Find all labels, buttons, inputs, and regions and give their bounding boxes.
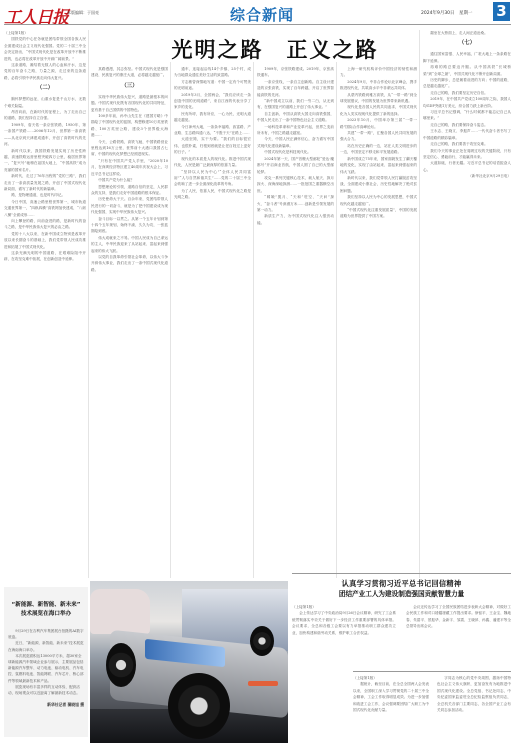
- article-paragraph: 今天，中国人民正满怀信心，奋力谱写中国式现代化建设新篇章。: [257, 136, 334, 149]
- story3-paragraph: 字同志为核心的党中央周围，激扬中国特色社会主义伟大旗帜，更加奋发有为地推进中国式…: [437, 675, 511, 713]
- article-paragraph: 我们今天的事业正处在爬坡过坎的关键阶段，只有坚定信心、勇毅前行，才能赢得未来。: [423, 148, 511, 161]
- issue-date: 2024年9月30日 星期一: [421, 10, 473, 16]
- section-title: 综合新闻: [230, 4, 294, 25]
- car-chassis-photo: [90, 581, 288, 743]
- article-paragraph: 2023年10月，中国举办第三届“一带一路”国际合作高峰论坛。: [340, 117, 417, 130]
- sidebox-title-line1: “新能源、新智能、新未来”: [8, 601, 84, 610]
- article-paragraph: 国铁党的中心任务就是团结带领全国各族人民全面建成社会主义现代化强国。党的二十届三…: [4, 36, 86, 62]
- article-paragraph: 大道如砥，行者无疆。习近平总书记的话语振奋人心。: [423, 160, 511, 173]
- masthead: 工人日报 本版编辑：于国亮 综合新闻 2024年9月30日 星期一 3: [0, 0, 515, 26]
- article-paragraph: 新中国成立75年来，国家面貌发生了翻天覆地的变化，实现了由站起来、富起来到强起来…: [340, 156, 417, 175]
- article-column-3: 通车，连接起沿线14个乡镇、25个村，成为当地群众通往美好生活的致富路。方志敏曾…: [174, 66, 251, 578]
- article-paragraph: 历史的脚步，总是朝着前进的方向；中国的道路，总是越走越宽广。: [423, 77, 511, 90]
- article-paragraph: 今天，公路铁路，高铁飞驰，中国铁路营业里程达到16万公里，世界前十大港口我国占七…: [91, 139, 168, 158]
- article-paragraph: 其路漫漫，其志弥坚。中国式现代化是强国建设、民族复兴的康庄大道，必将越走越宽广。: [91, 66, 168, 79]
- article-paragraph: 再难的路总要迈开腿。从中国高铁“长城桥梁”到“全球之最”，中国式现代化不断开创新…: [423, 64, 511, 77]
- article-paragraph: 上海一研究机构评价中国经济的韧性和潜力。: [340, 66, 417, 79]
- article-column-5: 上海一研究机构评价中国经济的韧性和潜力。2024年9月，中非合作论坛北京峰会，携…: [340, 66, 417, 578]
- article-paragraph: 习近平总书记强调，“什么时候都不能忘记自己从哪里来。”: [423, 109, 511, 122]
- sidebox-paragraph: 近日，“新能源、新智能、新未来”技术展览在海南海口举办。: [8, 640, 84, 652]
- article-paragraph: 新时代以来，我国铁路发展实现了历史性跨越，高速铁路运营里程突破四万公里，稳居世界…: [4, 148, 86, 174]
- column-divider: [253, 62, 254, 578]
- article-paragraph: 攻克一系列关键核心技术，载人航天、探月探火、深海深地探测……一批批国之重器横空出…: [257, 175, 334, 194]
- article-paragraph: 自主创新，中国从高铁大国走向高铁强国，中国人民走出了一条中国特色社会主义道路。: [257, 111, 334, 124]
- story-divider: [353, 671, 511, 672]
- tire-far: [250, 626, 274, 656]
- article-paragraph: 一条京张线，一条自主创新路。自主设计建造的京张高铁，实现了百年跨越，开启了世界智…: [257, 79, 334, 98]
- tire-rear: [106, 643, 136, 687]
- story2-headline-line2: 团结产业工人为建设制造强国贡献智慧力量: [292, 589, 511, 599]
- article-paragraph: 通往国家富强、人民幸福，广袤大地上一条条路在脚下延伸。: [423, 51, 511, 64]
- column-divider: [170, 62, 171, 578]
- article-paragraph: 民有所呼，我有所应，一心为民，光明大道越走越宽。: [174, 111, 251, 124]
- story2-headline: 认真学习贯彻习近平总书记回信精神 团结产业工人为建设制造强国贡献智慧力量: [292, 578, 511, 599]
- article-paragraph: 王永志、王晓又、李振声……一代代奋斗者书写了中国道路的精彩篇章。: [423, 128, 511, 141]
- section-heading: （二）: [4, 84, 86, 93]
- editor-credit: 本版编辑：于国亮: [67, 10, 99, 16]
- story2-column-2: 会议还传达学习了全国民族团结进步表彰大会精神，对做好工会民族工作和对口援疆援藏工…: [406, 604, 511, 668]
- article-paragraph: 向上攀登的路，向前奋进的路，是新时代的奋斗之路，是中华民族伟大复兴的必由之路。: [4, 218, 86, 231]
- article-column-1: （上接第1版）国铁党的中心任务就是团结带领全国各族人民全面建成社会主义现代化强国…: [4, 30, 86, 578]
- article-paragraph: 通车，连接起沿线14个乡镇、25个村，成为当地群众通往美好生活的致富路。: [174, 66, 251, 79]
- article-paragraph: 奋斗目标一以贯之。从第一个五年计划到第十四个五年规划，始终不渝，久久为功，一张蓝…: [91, 216, 168, 235]
- article-paragraph: 我们坚持以人民为中心的发展思想，中国式现代化越走越宽广。: [340, 194, 417, 207]
- story3-column-1: （上接第1版） 据统计，截至目前，在全总全国两人会发表以来，全国职工深入学习贯彻…: [353, 675, 429, 745]
- article-paragraph: 现代化的本质是人的现代化。推进中国式现代化，人民是最广泛最深厚的依靠力量。: [174, 156, 251, 169]
- article-paragraph: 100多年前，孙中山先生在《建国方略》中描绘了中国现代化的蓝图，构想修建10万英…: [91, 113, 168, 139]
- article-paragraph: 这条充满光明的中国道路，在艰难险阻中开辟，在攻坚克难中拓展，在创新创造中延伸。: [4, 250, 86, 263]
- sidebox-paragraph: 本次展览面积达13000平方米，超30家全球新能源汽车领域企业参与展示，主要展品…: [8, 653, 84, 684]
- photo-credit: 新华社记者 蒲晓旭 摄: [8, 702, 84, 708]
- article-paragraph: 2019年3月，全国两会，“我们应该走一条创造中国的光明道路”，来自江西的代表分…: [174, 92, 251, 111]
- article-paragraph: 胸怀梦想的远征，山重水复是千山万水，无数个难关险隘。: [4, 96, 86, 109]
- dateline: （新华社北京9月29日电）: [423, 173, 511, 179]
- main-headline: 光明之路 正义之路: [150, 34, 400, 64]
- article-column-6: 端坐在大势面上，走人间正道沧桑。（七）通往国家富强、人民幸福，广袤大地上一条条路…: [423, 30, 511, 578]
- article-paragraph: 共建“一带一路”，汇聚各国人民共同发展的强大合力。: [340, 130, 417, 143]
- article-paragraph: 昂首向前，在新时代的征程上，为了走出自己的道路，我们坚持自立自强。: [4, 109, 86, 122]
- article-paragraph: “新中国成立以前，我们一穷二白，从无到有，在强国复兴的道路上开创了伟大事业。”: [257, 98, 334, 111]
- article-paragraph: 今日神州大地，一条条幸福路、致富路、产业路、生态路四通八达，“不胜于天”在路上……: [174, 124, 251, 137]
- column-divider: [419, 30, 420, 578]
- article-paragraph: “只有在中国共产党人手里，”2020年10月，在深圳经济特区建立40周年庆祝大会…: [91, 158, 168, 177]
- article-paragraph: 端坐在大势面上，走人间正道沧桑。: [423, 30, 511, 36]
- sidebox-title-line2: 技术展览在海口举办: [8, 610, 84, 619]
- sidebox-body: 9月29日在吉利汽车集团展台拍摄的AI数字底盘。 近日，“新能源、新智能、新未来…: [8, 628, 84, 696]
- article-paragraph: 一场科技革命和产业变革兴起，世界之变前所未有，中国之路越走越宽。: [257, 124, 334, 137]
- article-paragraph: 1909年，京张铁路建成。2019年，京张高铁通车。: [257, 66, 334, 79]
- article-paragraph: 新时代，走过了76年历程的“党的三路”，我们走出了一条高质量发展之路，开创了中国…: [4, 173, 86, 192]
- story2-paragraph: 会议还传达学习了全国民族团结进步表彰大会精神，对做好工会民族工作和对口援疆援藏工…: [406, 604, 511, 630]
- article-paragraph: 2024年第一天，国产首艘大型邮轮“爱达·魔都号”开启商业首航，中国人圆了自己的…: [257, 156, 334, 175]
- story3-column-2: 字同志为核心的党中央周围，激扬中国特色社会主义伟大旗帜，更加奋发有为地推进中国式…: [437, 675, 511, 745]
- page-number-badge: 3: [493, 2, 510, 21]
- section-heading: （三）: [91, 82, 168, 91]
- tail-light: [248, 681, 278, 686]
- column-divider: [336, 62, 337, 578]
- tire-front: [168, 673, 230, 739]
- background-car: [90, 589, 150, 634]
- story2-headline-line1: 认真学习贯彻习近平总书记回信精神: [292, 578, 511, 589]
- article-paragraph: 2024年9月，中非合作论坛北京峰会，携手推进现代化，共筑高水平中非命运共同体。: [340, 79, 417, 92]
- article-column-4: 1909年，京张铁路建成。2019年，京张高铁通车。一条京张线，一条自主创新路。…: [257, 66, 334, 578]
- article-paragraph: 方志敏曾深情地写道：中国一定有个可赞美的光明前途。: [174, 79, 251, 92]
- article-paragraph: 现代化是各国人民的共同追求，中国式现代化为人类实现现代化提供了新的选择。: [340, 104, 417, 117]
- article-paragraph: 从蒙内铁路到雅万高铁，从“一带一路”到全球发展倡议，中国的发展为世界带来新机遇。: [340, 92, 417, 105]
- sidebox-paragraph: 9月29日在吉利汽车集团展台拍摄的AI数字底盘。: [8, 628, 84, 640]
- article-paragraph: 大道至简，实干为要。“我们的目标很宏伟，也很朴素，归根到底就是让老百姓过上更好的…: [174, 136, 251, 155]
- article-paragraph: 思想理论的引领，道路自信的坚定，人民群众的支持，是我们走好中国道路的根本保证。: [91, 184, 168, 197]
- article-paragraph: 今日中国，高速公路里程世界第一，城市轨道交通世界第一，“四纵四横”高铁网加快建成…: [4, 199, 86, 218]
- section-heading: （七）: [423, 39, 511, 48]
- column-divider: [88, 30, 89, 578]
- article-paragraph: 实现中华民族伟大复兴，道路是最根本的问题。中国式现代化既有各国现代化的共同特征，…: [91, 94, 168, 113]
- story-divider: [292, 573, 511, 574]
- article-paragraph: 以党的自我革命引领社会革命，以伟大斗争开辟伟大事业，我们走出了一条中国式现代化道…: [91, 254, 168, 273]
- article-paragraph: 为了人民，依靠人民，中国式现代化之路是光明之路。: [174, 188, 251, 201]
- article-paragraph: 党的十八大以来，在新中国成立特别是改革开放以来长期奋斗的基础上，我们党带领人民成…: [4, 231, 86, 250]
- article-paragraph: 1909年，詹天佑一条京张铁路，1950年，第一条国产铁路……2006年12月，…: [4, 122, 86, 148]
- story2-paragraph: 会上传达学习了中央政治局9月26日会议精神，研究了工会系统贯彻落实中央关于做好下…: [292, 610, 396, 636]
- article-paragraph: 这条道路，凝结着无数人的心血和汗水，这是党的百年奋斗之路，力量之源，走过来的这条…: [4, 62, 86, 81]
- sidebox-paragraph: 展览现场有丰富多样的互动体验、配套活动，现场观众可以近距离了解最新技术动态。: [8, 684, 84, 696]
- article-paragraph: 新质生产力，为中国式现代化注入强劲动能。: [257, 213, 334, 226]
- article-paragraph: “嫦娥”揽月、“天和”驻空、“天问”探火、“奋斗者”号深潜万米……创新是引领发展…: [257, 194, 334, 213]
- masthead-divider: [4, 24, 511, 25]
- article-paragraph: 2019年，在中国共产党成立100周年之际，我国人均GDP突破1万美元，综合国力…: [423, 96, 511, 109]
- article-paragraph: “坚持以人民为中心”“全体人民共同富裕”“人与自然和谐共生”……党的二十届三中全…: [174, 169, 251, 188]
- article-paragraph: 伟大成就来之不易。中国人民成为自己命运的主人，中华民族迎来了从站起来、富起来到强…: [91, 235, 168, 254]
- article-paragraph: 历史使命大于天。百余年来，党团结带领人民进行的一切奋斗，就是为了把中国建设成为现…: [91, 196, 168, 215]
- article-paragraph: 新时代以来，我们党带领人民打赢脱贫攻坚战，全面建成小康社会，历史性地解决了绝对贫…: [340, 175, 417, 194]
- article-paragraph: 站在历史正确的一边，站在人类文明进步的一边，中国坚定不移走和平发展道路。: [340, 143, 417, 156]
- story3-paragraph: 据统计，截至目前，在全总全国两人会发表以来，全国职工深入学习贯彻党的二十届三中全…: [353, 681, 429, 713]
- exhibition-news-box: “新能源、新智能、新未来” 技术展览在海口举办 9月29日在吉利汽车集团展台拍摄…: [4, 587, 88, 737]
- article-column-2: 其路漫漫，其志弥坚。中国式现代化是强国建设、民族复兴的康庄大道，必将越走越宽广。…: [91, 66, 168, 578]
- article-paragraph: “中国式现代化注重发展质量”，中国的发展道路为世界提供了中国方案。: [340, 207, 417, 220]
- story2-column-1: （上接第1版） 会上传达学习了中央政治局9月26日会议精神，研究了工会系统贯彻落…: [292, 604, 396, 668]
